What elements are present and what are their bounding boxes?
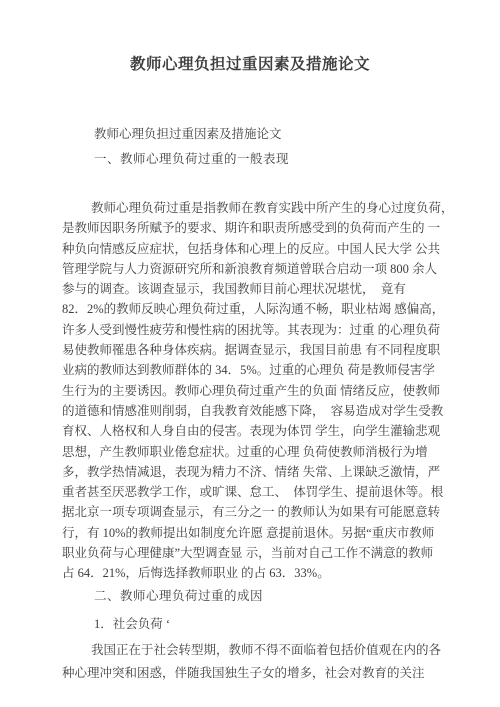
text-line: 占 64．21%，后悔选择教师职业 的占 63．33%。	[62, 563, 448, 583]
text-line: 易使教师罹患各种身体疾病。据调查显示，我国目前患 有不同程度职	[62, 340, 448, 360]
text-line: 82．2%的教师反映心理负荷过重，人际沟通不畅，职业枯竭 感偏高，	[62, 299, 448, 319]
text-line: 行，有 10%的教师提出如制度允许愿 意提前退休。另据“重庆市教师	[62, 523, 448, 543]
document-title: 教师心理负担过重因素及措施论文	[0, 54, 500, 76]
text-line: 教师心理负荷过重是指教师在教育实践中所产生的身心过度负荷，	[62, 198, 448, 218]
document-subtitle: 教师心理负担过重因素及措施论文	[94, 127, 282, 141]
text-line: 许多人受到慢性疲劳和慢性病的困扰等。其表现为：过重 的心理负荷	[62, 320, 448, 340]
section-2-heading: 二、教师心理负荷过重的成因	[94, 589, 263, 603]
paragraph-1: 教师心理负荷过重是指教师在教育实践中所产生的身心过度负荷，是教师因职务所赋予的要…	[62, 198, 448, 584]
document-page: 教师心理负担过重因素及措施论文 教师心理负担过重因素及措施论文 一、教师心理负荷…	[0, 0, 500, 707]
paragraph-2: 我国正在于社会转型期，教师不得不面临着包括价值观在内的各种心理冲突和困惑，伴随我…	[62, 639, 452, 684]
text-line: 种负向情感反应症状，包括身体和心理上的反应。中国人民大学 公共	[62, 239, 448, 259]
text-line: 是教师因职务所赋予的要求、期许和职责所感受到的负荷而产生的 一	[62, 218, 448, 238]
text-line: 的道德和情感准则削弱，自我教育效能感下降， 容易造成对学生受教	[62, 401, 448, 421]
text-line: 多，教学热情减退，表现为精力不济、情绪 失常、上课缺乏激情，严	[62, 462, 448, 482]
text-line: 职业负荷与心理健康”大型调查显 示，当前对自己工作不满意的教师	[62, 543, 448, 563]
text-line: 生行为的主要诱因。教师心理负荷过重产生的负面 情绪反应，使教师	[62, 381, 448, 401]
text-line: 管理学院与人力资源研究所和新浪教育频道曾联合启动一项 800 余人	[62, 259, 448, 279]
text-line: 参与的调查。该调查显示，我国教师目前心理状况堪忧， 竟有	[62, 279, 448, 299]
text-line: 业病的教师达到教师群体的 34．5%。过重的心理负 荷是教师侵害学	[62, 360, 448, 380]
text-line: 育权、人格权和人身自由的侵害。表现为体罚 学生，向学生灌输悲观	[62, 421, 448, 441]
text-line: 据北京一项专项调查显示，有三分之一 的教师认为如果有可能愿意转	[62, 502, 448, 522]
text-line: 种心理冲突和困惑，伴随我国独生子女的增多，社会对教育的关注	[62, 662, 452, 685]
text-line: 重者甚至厌恶教学工作，或旷课、怠工、 体罚学生、提前退休等。根	[62, 482, 448, 502]
text-line: 思想，产生教师职业倦怠症状。过重的心理 负荷使教师消极行为增	[62, 442, 448, 462]
text-line: 我国正在于社会转型期，教师不得不面临着包括价值观在内的各	[62, 639, 452, 662]
subsection-1-heading: 1．社会负荷 ‘	[94, 617, 170, 631]
section-1-heading: 一、教师心理负荷过重的一般表现	[94, 152, 289, 166]
